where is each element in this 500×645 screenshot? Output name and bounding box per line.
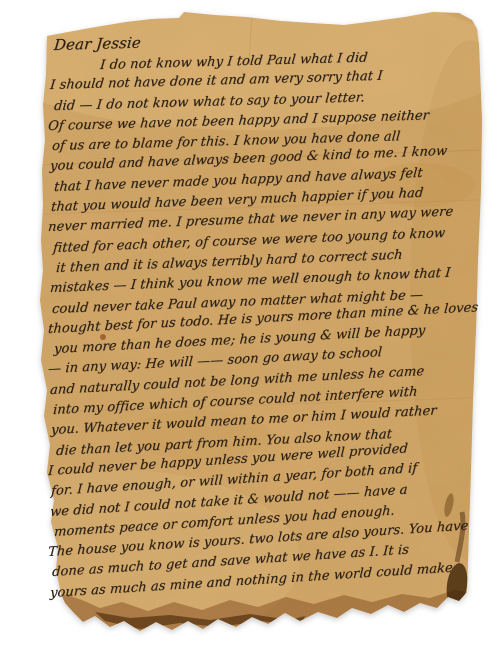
scanned-letter-scene: Dear Jessie I do not know why I told Pau… bbox=[0, 0, 500, 645]
letter-text: Dear Jessie I do not know why I told Pau… bbox=[48, 34, 468, 604]
